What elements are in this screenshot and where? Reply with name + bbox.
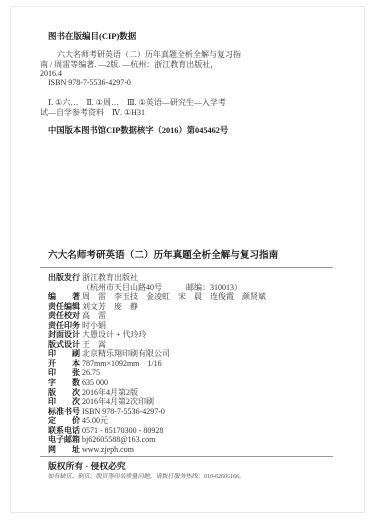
- colophon-row: 编 著周 雷 李玉技 金凌虹 宋 晨 连俊霞 颜贤斌: [40, 292, 333, 302]
- colophon-row-label: 出版发行: [48, 273, 82, 283]
- colophon-row: 印 张26.75: [40, 368, 333, 378]
- cip-classification-line: Ⅰ. ①六… Ⅱ. ①周… Ⅲ. ①英语—研究生—入学考: [40, 98, 336, 107]
- colophon-row-value: 高 雷: [82, 311, 106, 321]
- cip-data-section: 图书在版编目(CIP)数据 六大名师考研英语（二）历年真题全析全解与复习指南 /…: [40, 32, 336, 135]
- colophon-row: 封面设计大愚设计 + 代玲玲: [40, 330, 333, 340]
- colophon-row-label: 责任校对: [48, 311, 82, 321]
- colophon-row-value: www.zjeph.com: [82, 445, 134, 455]
- colophon-row-value: 浙江教育出版社: [82, 273, 138, 283]
- colophon-row-label: 字 数: [48, 378, 82, 388]
- colophon-row-value: bj62605588@163.com: [82, 435, 155, 445]
- colophon-row-label: 联系电话: [48, 426, 82, 436]
- colophon-row-value: （杭州市天目山路40号 邮编：310013）: [82, 283, 242, 293]
- colophon-row-label: 印 张: [48, 368, 82, 378]
- cip-classification: Ⅰ. ①六… Ⅱ. ①周… Ⅲ. ①英语—研究生—入学考试—自学参考资料 Ⅳ. …: [40, 98, 336, 117]
- isbn-line: ISBN 978-7-5536-4297-0: [40, 78, 336, 87]
- footer-divider: [40, 456, 333, 457]
- colophon-row-label: [48, 283, 82, 293]
- colophon-rows: 出版发行浙江教育出版社（杭州市天目山路40号 邮编：310013）编 著周 雷 …: [40, 273, 333, 454]
- colophon-row: 电子邮箱bj62605588@163.com: [40, 435, 333, 445]
- colophon-row-label: 版 次: [48, 388, 82, 398]
- colophon-row: 标准书号ISBN 978-7-5536-4297-0: [40, 407, 333, 417]
- colophon-row: 定 价45.00元: [40, 416, 333, 426]
- colophon-row: 责任校对高 雷: [40, 311, 333, 321]
- colophon-row-value: 26.75: [82, 368, 100, 378]
- colophon-row-value: 王 嵩: [82, 340, 106, 350]
- colophon-row-value: 刘文芳 庞 静: [82, 302, 138, 312]
- service-hotline-note: 如有缺页、倒页、脱页等印装质量问题，请拨打服务热线：010-62605166。: [40, 473, 334, 481]
- footer-section: 版权所有 · 侵权必究 如有缺页、倒页、脱页等印装质量问题，请拨打服务热线：01…: [40, 456, 333, 481]
- colophon-row: 联系电话0571 - 85170300 - 80928: [40, 426, 333, 436]
- colophon-row-value: 周 雷 李玉技 金凌虹 宋 晨 连俊霞 颜贤斌: [82, 292, 266, 302]
- colophon-row: 印 刷北京精乐翔印刷有限公司: [40, 349, 333, 359]
- colophon-row-value: 635 000: [82, 378, 108, 388]
- colophon-row-label: 责任编辑: [48, 302, 82, 312]
- cip-description-line: 2016.4: [40, 69, 336, 78]
- colophon-row-label: 责任印务: [48, 321, 82, 331]
- colophon-row-value: 2016年4月第2次印刷: [82, 397, 154, 407]
- colophon-row: 网 址www.zjeph.com: [40, 445, 333, 455]
- cip-classification-line: 试—自学参考资料 Ⅳ. ①H31: [40, 108, 336, 117]
- colophon-row-value: 大愚设计 + 代玲玲: [82, 330, 147, 340]
- colophon-row: 版 次2016年4月第2版: [40, 388, 333, 398]
- colophon-row-value: 45.00元: [82, 416, 108, 426]
- colophon-row-value: 0571 - 85170300 - 80928: [82, 426, 163, 436]
- colophon-row-value: 2016年4月第2版: [82, 388, 138, 398]
- colophon-row: （杭州市天目山路40号 邮编：310013）: [40, 283, 333, 293]
- colophon-row-value: 787mm×1092mm 1/16: [82, 359, 162, 369]
- cip-description-line: 六大名师考研英语（二）历年真题全析全解与复习指: [40, 50, 336, 59]
- colophon-row-label: 电子邮箱: [48, 435, 82, 445]
- colophon-row-label: 封面设计: [48, 330, 82, 340]
- colophon-row-label: 网 址: [48, 445, 82, 455]
- cip-header: 图书在版编目(CIP)数据: [40, 32, 336, 41]
- colophon-row-label: 编 著: [48, 292, 82, 302]
- colophon-row: 字 数635 000: [40, 378, 333, 388]
- colophon-row: 责任编辑刘文芳 庞 静: [40, 302, 333, 312]
- cip-record-number: 中国版本图书馆CIP数据核字（2016）第045462号: [40, 126, 336, 135]
- copyright-page: { "cip": { "header": "图书在版编目(CIP)数据", "d…: [0, 0, 374, 520]
- colophon-row: 版式设计王 嵩: [40, 340, 333, 350]
- colophon-row-value: ISBN 978-7-5536-4297-0: [82, 407, 165, 417]
- cip-description: 六大名师考研英语（二）历年真题全析全解与复习指南 / 周雷等编著. —2版. —…: [40, 50, 336, 78]
- colophon-row-label: 印 次: [48, 397, 82, 407]
- colophon-row-label: 标准书号: [48, 407, 82, 417]
- title-divider: [40, 267, 333, 268]
- colophon-row-value: 时小娟: [82, 321, 106, 331]
- copyright-notice: 版权所有 · 侵权必究: [40, 461, 333, 472]
- colophon-row: 开 本787mm×1092mm 1/16: [40, 359, 333, 369]
- colophon-row: 印 次2016年4月第2次印刷: [40, 397, 333, 407]
- colophon-row-label: 版式设计: [48, 340, 82, 350]
- colophon-row: 责任印务时小娟: [40, 321, 333, 331]
- cip-description-line: 南 / 周雷等编著. —2版. —杭州：浙江教育出版社，: [40, 60, 336, 69]
- colophon-row-value: 北京精乐翔印刷有限公司: [82, 349, 170, 359]
- colophon-row-label: 定 价: [48, 416, 82, 426]
- colophon-section: 六大名师考研英语（二）历年真题全析全解与复习指南 出版发行浙江教育出版社（杭州市…: [40, 250, 333, 454]
- book-title: 六大名师考研英语（二）历年真题全析全解与复习指南: [40, 250, 333, 262]
- colophon-row-label: 印 刷: [48, 349, 82, 359]
- colophon-row: 出版发行浙江教育出版社: [40, 273, 333, 283]
